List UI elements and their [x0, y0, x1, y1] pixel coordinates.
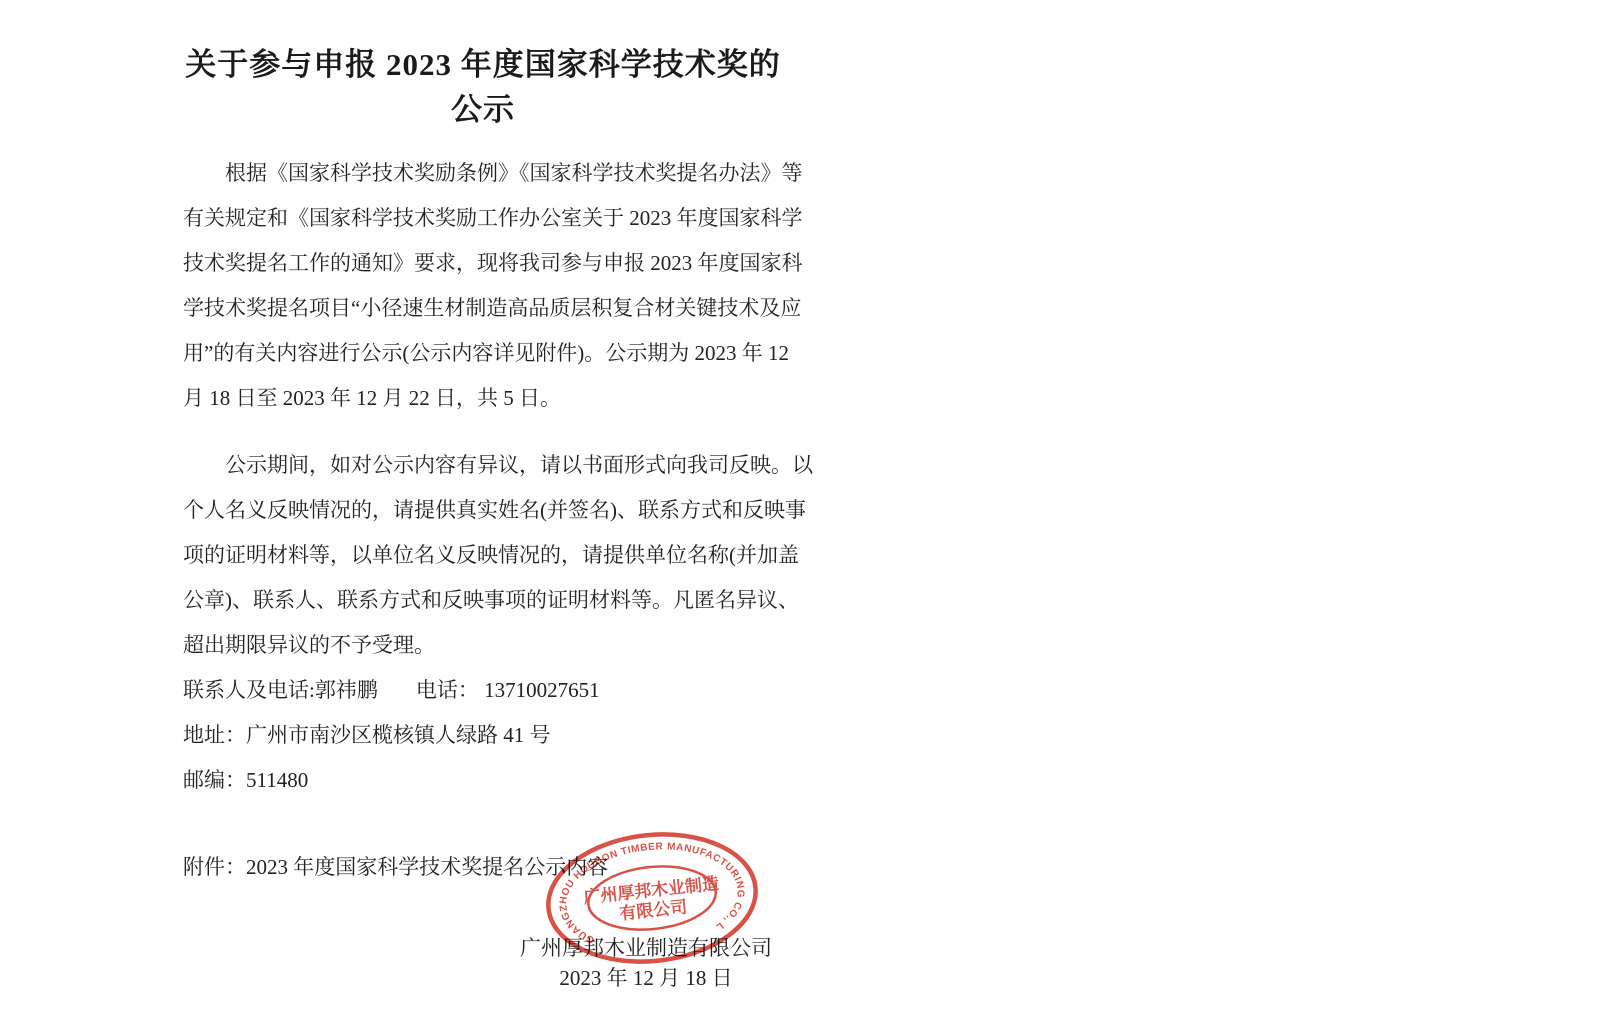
text-line: 项的证明材料等，以单位名义反映情况的，请提供单位名称(并加盖: [183, 533, 787, 578]
text-line: 技术奖提名工作的通知》要求，现将我司参与申报 2023 年度国家科: [183, 241, 787, 286]
text-line: 学技术奖提名项目“小径速生材制造高品质层积复合材关键技术及应: [183, 286, 787, 331]
contact-phone: 电话： 13710027651: [416, 678, 600, 702]
contact-person-line: 联系人及电话:郭祎鹏电话： 13710027651: [183, 668, 787, 713]
text-line: 公示期间，如对公示内容有异议，请以书面形式向我司反映。以: [183, 443, 787, 488]
text-line: 有关规定和《国家科学技术奖励工作办公室关于 2023 年度国家科学: [183, 196, 787, 241]
document-title-line2: 公示: [183, 87, 783, 132]
text-line: 用”的有关内容进行公示(公示内容详见附件)。公示期为 2023 年 12: [183, 331, 787, 376]
contact-block: 联系人及电话:郭祎鹏电话： 13710027651 地址：广州市南沙区榄核镇人绿…: [183, 668, 787, 803]
contact-person: 联系人及电话:郭祎鹏: [183, 678, 378, 702]
text-line: 月 18 日至 2023 年 12 月 22 日，共 5 日。: [183, 376, 787, 421]
text-line: 公章)、联系人、联系方式和反映事项的证明材料等。凡匿名异议、: [183, 578, 787, 623]
paragraph-objection: 公示期间，如对公示内容有异议，请以书面形式向我司反映。以个人名义反映情况的，请提…: [183, 443, 787, 668]
contact-postal-code: 邮编：511480: [183, 758, 787, 803]
company-seal-stamp: GUANGZHOU HOUBON TIMBER MANUFACTURING CO…: [525, 810, 780, 986]
text-line: 根据《国家科学技术奖励条例》《国家科学技术奖提名办法》等: [183, 151, 787, 196]
text-line: 超出期限异议的不予受理。: [183, 623, 787, 668]
company-seal-svg: GUANGZHOU HOUBON TIMBER MANUFACTURING CO…: [525, 810, 780, 986]
document-title-line1: 关于参与申报 2023 年度国家科学技术奖的: [183, 42, 783, 87]
paragraph-basis: 根据《国家科学技术奖励条例》《国家科学技术奖提名办法》等有关规定和《国家科学技术…: [183, 151, 787, 421]
contact-address: 地址：广州市南沙区榄核镇人绿路 41 号: [183, 713, 787, 758]
document-title: 关于参与申报 2023 年度国家科学技术奖的 公示: [183, 42, 783, 132]
text-line: 个人名义反映情况的，请提供真实姓名(并签名)、联系方式和反映事: [183, 488, 787, 533]
scanned-document-page: 关于参与申报 2023 年度国家科学技术奖的 公示 根据《国家科学技术奖励条例》…: [0, 0, 1616, 1012]
